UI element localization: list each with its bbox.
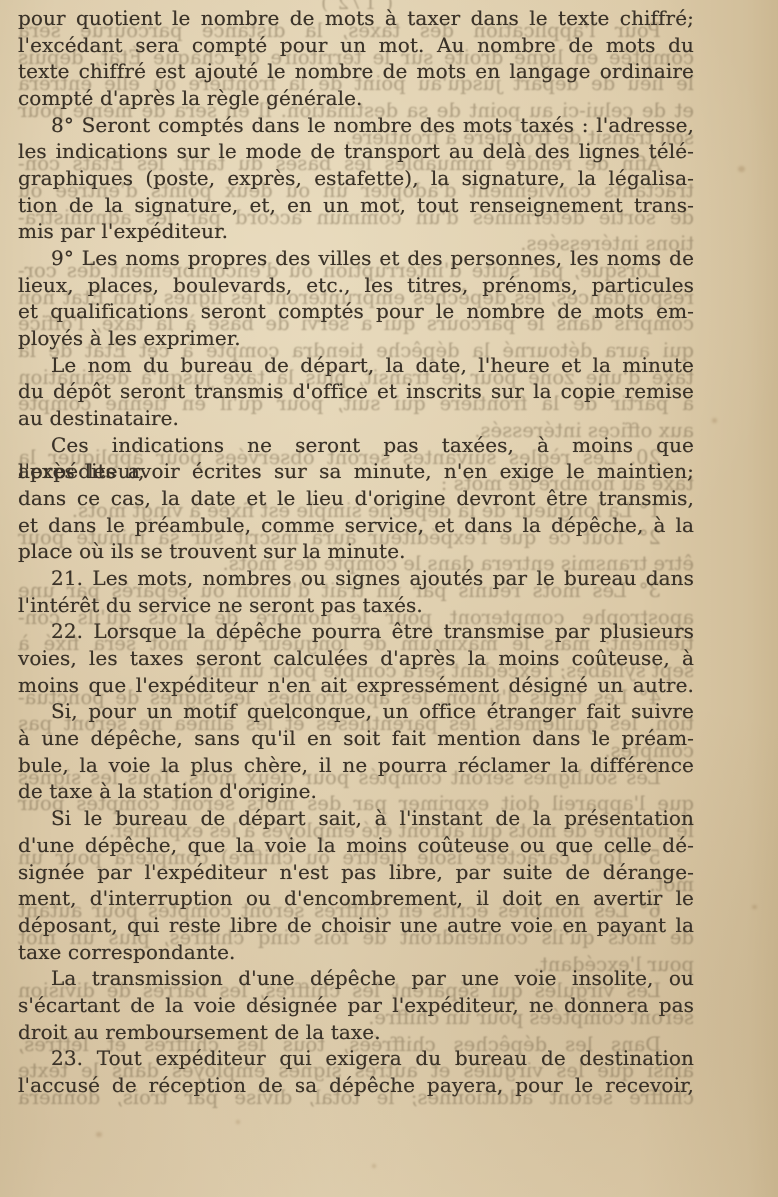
text-line-19: dans ce cas, la date et le lieu d'origin…: [18, 485, 694, 512]
main-text-layer: pour quotient le nombre de mots à taxer …: [18, 5, 694, 1099]
text-line-38: s'écartant de la voie désignée par l'exp…: [18, 992, 694, 1019]
text-line-3: texte chiffré est ajouté le nombre de mo…: [18, 58, 694, 85]
text-line-32: d'une dépêche, que la voie la moins coût…: [18, 832, 694, 859]
text-line-16: au destinataire.: [18, 405, 694, 432]
text-line-27: Si, pour un motif quelconque, un office …: [18, 698, 694, 725]
text-line-29: bule, la voie la plus chère, il ne pourr…: [18, 752, 694, 779]
text-line-28: à une dépêche, sans qu'il en soit fait m…: [18, 725, 694, 752]
text-line-17: Ces indications ne seront pas taxées, à …: [18, 432, 694, 459]
text-line-6: les indications sur le mode de transport…: [18, 138, 694, 165]
text-line-18: après les avoir écrites sur sa minute, n…: [18, 458, 694, 485]
text-line-31: Si le bureau de départ sait, à l'instant…: [18, 805, 694, 832]
text-line-15: du dépôt seront transmis d'office et ins…: [18, 378, 694, 405]
paper-speck: [372, 1164, 376, 1168]
paper-speck: [96, 1132, 102, 1137]
text-line-5: 8° Seront comptés dans le nombre des mot…: [18, 112, 694, 139]
text-line-9: mis par l'expéditeur.: [18, 218, 694, 245]
paper-speck: [752, 905, 757, 909]
text-line-33: signée par l'expéditeur n'est pas libre,…: [18, 859, 694, 886]
text-line-14: Le nom du bureau de départ, la date, l'h…: [18, 352, 694, 379]
text-line-7: graphiques (poste, exprès, estafette), l…: [18, 165, 694, 192]
scanned-page: ( 172 ) Pour l'application des taxes, la…: [0, 0, 778, 1197]
text-line-26: moins que l'expéditeur n'en ait expressé…: [18, 672, 694, 699]
text-line-12: et qualifications seront comptés pour le…: [18, 298, 694, 325]
text-line-36: taxe correspondante.: [18, 939, 694, 966]
text-line-4: compté d'après la règle générale.: [18, 85, 694, 112]
text-line-11: lieux, places, boulevards, etc., les tit…: [18, 272, 694, 299]
text-line-22: 21. Les mots, nombres ou signes ajoutés …: [18, 565, 694, 592]
text-line-37: La transmission d'une dépêche par une vo…: [18, 965, 694, 992]
text-line-1: pour quotient le nombre de mots à taxer …: [18, 5, 694, 32]
text-line-10: 9° Les noms propres des villes et des pe…: [18, 245, 694, 272]
paper-speck: [712, 418, 717, 423]
text-line-30: de taxe à la station d'origine.: [18, 778, 694, 805]
text-line-8: tion de la signature, et, en un mot, tou…: [18, 192, 694, 219]
text-line-35: déposant, qui reste libre de choisir une…: [18, 912, 694, 939]
text-line-2: l'excédant sera compté pour un mot. Au n…: [18, 32, 694, 59]
text-line-25: voies, les taxes seront calculées d'aprè…: [18, 645, 694, 672]
text-line-41: l'accusé de réception de sa dépêche paye…: [18, 1072, 694, 1099]
text-line-34: ment, d'interruption ou d'encombrement, …: [18, 885, 694, 912]
text-line-20: et dans le préambule, comme service, et …: [18, 512, 694, 539]
text-line-39: droit au remboursement de la taxe.: [18, 1019, 694, 1046]
text-line-40: 23. Tout expéditeur qui exigera du burea…: [18, 1045, 694, 1072]
paper-speck: [236, 1120, 240, 1124]
text-line-23: l'intérêt du service ne seront pas taxés…: [18, 592, 694, 619]
text-line-24: 22. Lorsque la dépêche pourra être trans…: [18, 618, 694, 645]
paper-speck: [738, 166, 745, 172]
text-line-21: place où ils se trouvent sur la minute.: [18, 538, 694, 565]
text-line-13: ployés à les exprimer.: [18, 325, 694, 352]
